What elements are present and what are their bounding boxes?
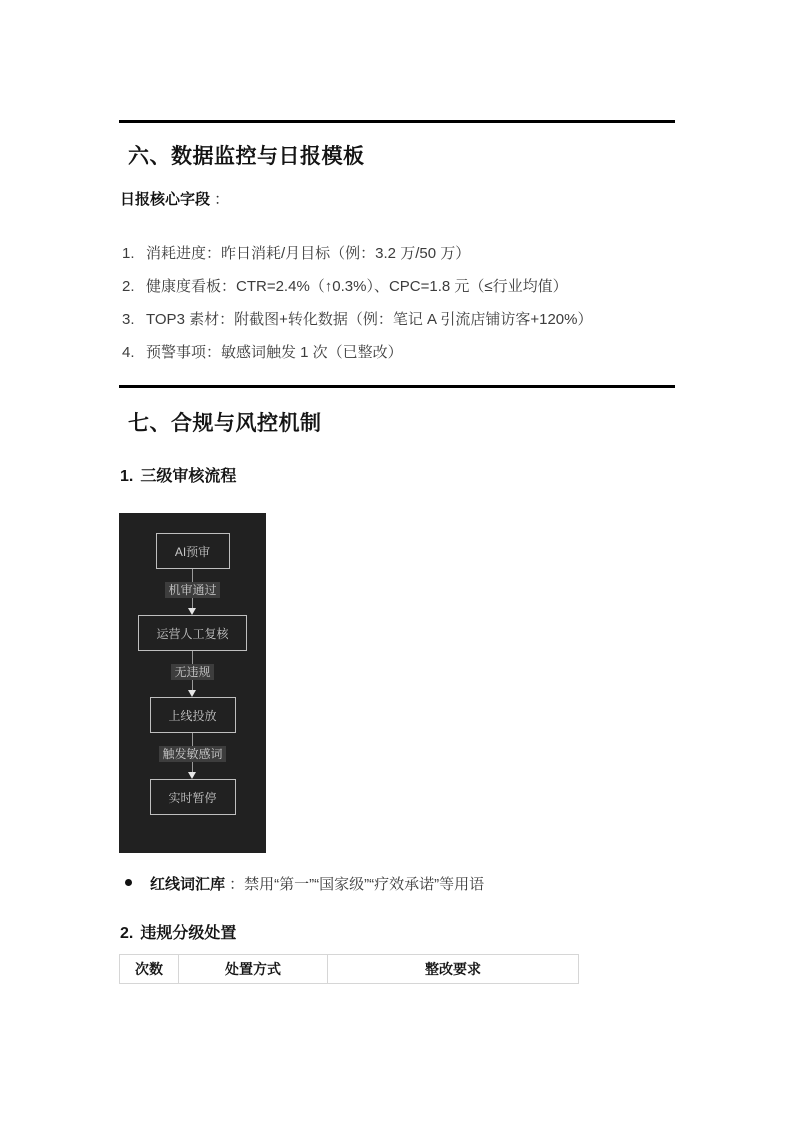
flow-edge-label-sensitive-word: 触发敏感词 xyxy=(159,746,225,762)
redline-text: ：禁用“第一”“国家级”“疗效承诺”等用语 xyxy=(225,876,484,893)
subsection-text: 三级审核流程 xyxy=(140,468,236,485)
fields-label: 日报核心字段 xyxy=(120,191,210,208)
daily-report-list: 1. 消耗进度：昨日消耗/月目标（例：3.2 万/50 万） 2. 健康度看板：… xyxy=(122,245,662,377)
subsection-violation-grading-title: 2.违规分级处置 xyxy=(120,920,236,943)
flow-node-manual-review: 运营人工复核 xyxy=(138,615,247,651)
table-header-handling: 处置方式 xyxy=(179,955,328,984)
flow-node-realtime-pause: 实时暂停 xyxy=(150,779,236,815)
list-item: 1. 消耗进度：昨日消耗/月目标（例：3.2 万/50 万） xyxy=(122,245,662,263)
subsection-review-flow-title: 1.三级审核流程 xyxy=(120,463,236,486)
section-divider-top xyxy=(119,120,675,123)
table-header-rectification: 整改要求 xyxy=(328,955,579,984)
flow-edge-label-machine-pass: 机审通过 xyxy=(165,582,219,598)
section-divider-middle xyxy=(119,385,675,388)
flow-node-ai-precheck: AI预审 xyxy=(156,533,230,569)
list-item-text: TOP3 素材：附截图+转化数据（例：笔记 A 引流店铺访客+120%） xyxy=(146,311,662,329)
arrow-down-icon xyxy=(188,608,196,615)
arrow-down-icon xyxy=(188,772,196,779)
section6-title: 六、数据监控与日报模板 xyxy=(128,140,365,170)
flow-node-go-live: 上线投放 xyxy=(150,697,236,733)
violation-grading-table: 次数 处置方式 整改要求 xyxy=(119,954,579,984)
flow-connector: 无违规 xyxy=(171,651,213,697)
fields-colon: ： xyxy=(210,191,229,208)
list-item: 3. TOP3 素材：附截图+转化数据（例：笔记 A 引流店铺访客+120%） xyxy=(122,311,662,329)
flow-line xyxy=(192,733,193,746)
flow-line xyxy=(192,569,193,582)
list-item: 4. 预警事项：敏感词触发 1 次（已整改） xyxy=(122,344,662,362)
flow-line xyxy=(192,680,193,690)
redline-vocabulary-bullet: 红线词汇库 ：禁用“第一”“国家级”“疗效承诺”等用语 xyxy=(125,876,484,894)
flow-connector: 机审通过 xyxy=(165,569,219,615)
list-item-number: 2. xyxy=(122,278,146,296)
list-item-text: 预警事项：敏感词触发 1 次（已整改） xyxy=(146,344,662,362)
list-item-text: 健康度看板：CTR=2.4%（↑0.3%）、CPC=1.8 元（≤行业均值） xyxy=(146,278,662,296)
table-header-count: 次数 xyxy=(120,955,179,984)
list-item-number: 1. xyxy=(122,245,146,263)
subsection-number: 2. xyxy=(120,925,133,942)
list-item-number: 3. xyxy=(122,311,146,329)
section7-title: 七、合规与风控机制 xyxy=(128,407,322,437)
document-page: 六、数据监控与日报模板 日报核心字段 ： 1. 消耗进度：昨日消耗/月目标（例：… xyxy=(0,0,793,1122)
flow-connector: 触发敏感词 xyxy=(159,733,225,779)
redline-label: 红线词汇库 xyxy=(150,876,225,893)
list-item-text: 消耗进度：昨日消耗/月目标（例：3.2 万/50 万） xyxy=(146,245,662,263)
review-flowchart: AI预审 机审通过 运营人工复核 无违规 上线投放 触发敏感词 实时暂停 xyxy=(119,513,266,853)
flow-line xyxy=(192,598,193,608)
list-item: 2. 健康度看板：CTR=2.4%（↑0.3%）、CPC=1.8 元（≤行业均值… xyxy=(122,278,662,296)
subsection-number: 1. xyxy=(120,468,133,485)
bullet-icon xyxy=(125,879,132,886)
list-item-number: 4. xyxy=(122,344,146,362)
flow-line xyxy=(192,651,193,664)
table-header-row: 次数 处置方式 整改要求 xyxy=(120,955,579,984)
flow-edge-label-no-violation: 无违规 xyxy=(171,664,213,680)
subsection-text: 违规分级处置 xyxy=(140,925,236,942)
flow-line xyxy=(192,762,193,772)
arrow-down-icon xyxy=(188,690,196,697)
daily-report-fields-line: 日报核心字段 ： xyxy=(120,188,229,209)
